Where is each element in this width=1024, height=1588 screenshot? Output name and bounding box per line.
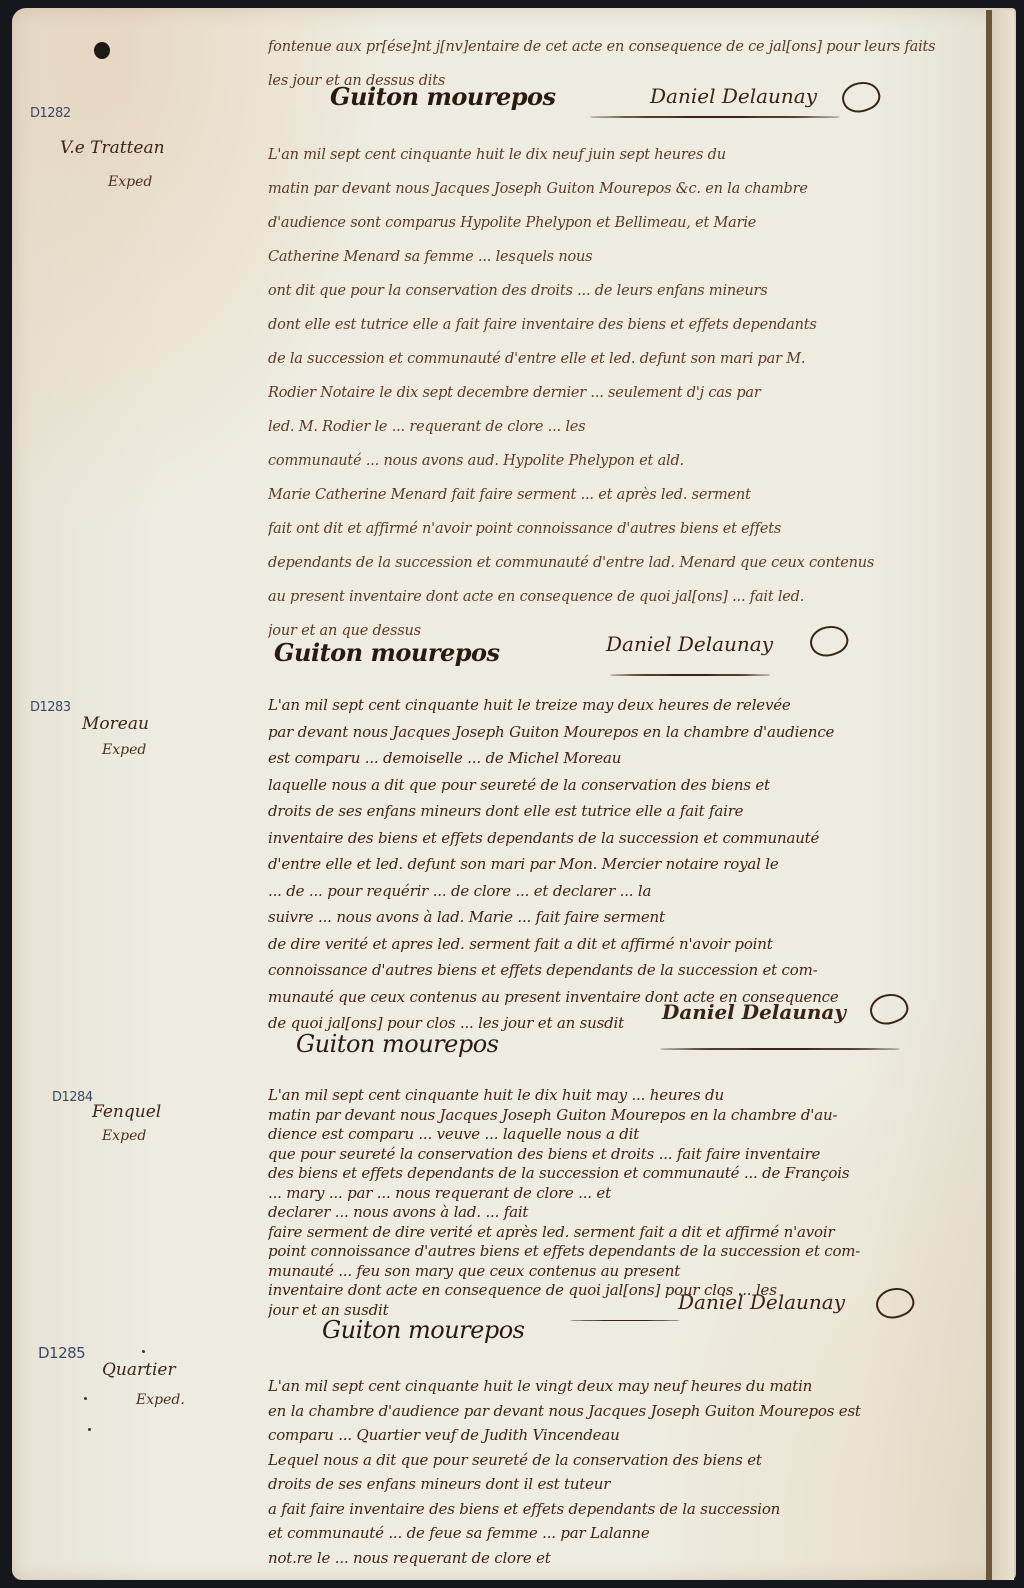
signature-row: Guiton mourepos Daniel Delaunay — [280, 632, 980, 682]
judge-signature: Guiton mourepos — [322, 1316, 524, 1344]
text-line: matin par devant nous Jacques Joseph Gui… — [268, 1106, 980, 1126]
text-line: comparu ... Quartier veuf de Judith Vinc… — [268, 1423, 980, 1448]
text-line: fait ont dit et affirmé n'avoir point co… — [268, 512, 980, 546]
text-line: ... mary ... par ... nous requerant de c… — [268, 1184, 980, 1204]
clerk-signature: Daniel Delaunay — [678, 1290, 845, 1314]
underline-flourish — [590, 116, 840, 118]
underline-flourish — [570, 1320, 680, 1321]
margin-name: Fenquel — [92, 1102, 161, 1122]
text-line: d'entre elle et led. defunt son mari par… — [268, 851, 980, 878]
text-line: munauté ... feu son mary que ceux conten… — [268, 1262, 980, 1282]
judge-signature: Guiton mourepos — [274, 638, 500, 667]
entry-body-d1285: L'an mil sept cent cinquante huit le vin… — [268, 1374, 980, 1570]
reference-id: D1284 — [52, 1090, 93, 1105]
text-line: Lequel nous a dit que pour seureté de la… — [268, 1448, 980, 1473]
text-line: a fait faire inventaire des biens et eff… — [268, 1497, 980, 1522]
text-line: point connoissance d'autres biens et eff… — [268, 1242, 980, 1262]
text-line: dependants de la succession et communaut… — [268, 546, 980, 580]
margin-entry-d1285: D1285 Quartier Exped. — [30, 1342, 210, 1442]
expedition-note: Exped. — [136, 1392, 185, 1408]
reference-id: D1285 — [38, 1344, 85, 1362]
entry-body-d1282: L'an mil sept cent cinquante huit le dix… — [268, 138, 980, 648]
text-line: L'an mil sept cent cinquante huit le tre… — [268, 692, 980, 719]
ink-blot — [142, 1350, 145, 1353]
text-line: L'an mil sept cent cinquante huit le vin… — [268, 1374, 980, 1399]
clerk-signature: Daniel Delaunay — [650, 84, 817, 108]
signature-row: Guiton mourepos — [280, 1326, 980, 1376]
margin-name: Moreau — [82, 714, 149, 734]
signature-row: Guiton mourepos — [280, 1030, 980, 1080]
text-line: faire serment de dire verité et après le… — [268, 1223, 980, 1243]
margin-entry-d1282: D1282 V.e Trattean Exped — [30, 100, 210, 200]
text-line: communauté ... nous avons aud. Hypolite … — [268, 444, 980, 478]
expedition-note: Exped — [102, 742, 146, 758]
text-line: ... de ... pour requérir ... de clore ..… — [268, 878, 980, 905]
judge-signature: Guiton mourepos — [330, 82, 556, 111]
clerk-signature: Daniel Delaunay — [606, 632, 773, 656]
text-line: en la chambre d'audience par devant nous… — [268, 1399, 980, 1424]
text-line: Catherine Menard sa femme ... lesquels n… — [268, 240, 980, 274]
text-line: des biens et effets dependants de la suc… — [268, 1164, 980, 1184]
ink-blot — [84, 1397, 87, 1400]
underline-flourish — [610, 674, 770, 676]
expedition-note: Exped — [102, 1128, 146, 1144]
text-line: L'an mil sept cent cinquante huit le dix… — [268, 1086, 980, 1106]
text-line: droits de ses enfans mineurs dont elle e… — [268, 798, 980, 825]
reference-id: D1282 — [30, 106, 71, 121]
text-line: inventaire des biens et effets dependant… — [268, 825, 980, 852]
entry-body-d1283: L'an mil sept cent cinquante huit le tre… — [268, 692, 980, 1037]
clerk-signature: Daniel Delaunay — [662, 1000, 846, 1024]
text-line: droits de ses enfans mineurs dont il est… — [268, 1472, 980, 1497]
text-line: de dire verité et apres led. serment fai… — [268, 931, 980, 958]
text-line: fontenue aux pr[ése]nt j[nv]entaire de c… — [268, 30, 980, 64]
margin-entry-d1284: D1284 Fenquel Exped — [30, 1090, 210, 1190]
text-line: au present inventaire dont acte en conse… — [268, 580, 980, 614]
ink-blot — [88, 1428, 91, 1431]
text-line: d'audience sont comparus Hypolite Phelyp… — [268, 206, 980, 240]
expedition-note: Exped — [108, 174, 152, 190]
text-line: dience est comparu ... veuve ... laquell… — [268, 1125, 980, 1145]
text-line: dont elle est tutrice elle a fait faire … — [268, 308, 980, 342]
signature-row: Guiton mourepos Daniel Delaunay — [280, 80, 980, 130]
text-line: par devant nous Jacques Joseph Guiton Mo… — [268, 719, 980, 746]
text-line: et communauté ... de feue sa femme ... p… — [268, 1521, 980, 1546]
text-line: Marie Catherine Menard fait faire sermen… — [268, 478, 980, 512]
text-line: de la succession et communauté d'entre e… — [268, 342, 980, 376]
margin-name: V.e Trattean — [60, 138, 165, 158]
binding-strip — [992, 10, 1014, 1580]
paraph-flourish-icon — [838, 76, 884, 117]
text-line: que pour seureté la conservation des bie… — [268, 1145, 980, 1165]
text-line: Rodier Notaire le dix sept decembre dern… — [268, 376, 980, 410]
entry-body-d1284: L'an mil sept cent cinquante huit le dix… — [268, 1086, 980, 1320]
text-line: L'an mil sept cent cinquante huit le dix… — [268, 138, 980, 172]
text-line: matin par devant nous Jacques Joseph Gui… — [268, 172, 980, 206]
judge-signature: Guiton mourepos — [296, 1030, 498, 1058]
punch-hole — [94, 42, 110, 59]
reference-id: D1283 — [30, 700, 71, 715]
text-line: led. M. Rodier le ... requerant de clore… — [268, 410, 980, 444]
text-line: connoissance d'autres biens et effets de… — [268, 957, 980, 984]
text-line: ont dit que pour la conservation des dro… — [268, 274, 980, 308]
text-line: suivre ... nous avons à lad. Marie ... f… — [268, 904, 980, 931]
margin-name: Quartier — [102, 1360, 176, 1380]
text-line: not.re le ... nous requerant de clore et — [268, 1546, 980, 1571]
margin-entry-d1283: D1283 Moreau Exped — [30, 700, 210, 800]
text-line: est comparu ... demoiselle ... de Michel… — [268, 745, 980, 772]
text-line: declarer ... nous avons à lad. ... fait — [268, 1203, 980, 1223]
text-line: laquelle nous a dit que pour seureté de … — [268, 772, 980, 799]
